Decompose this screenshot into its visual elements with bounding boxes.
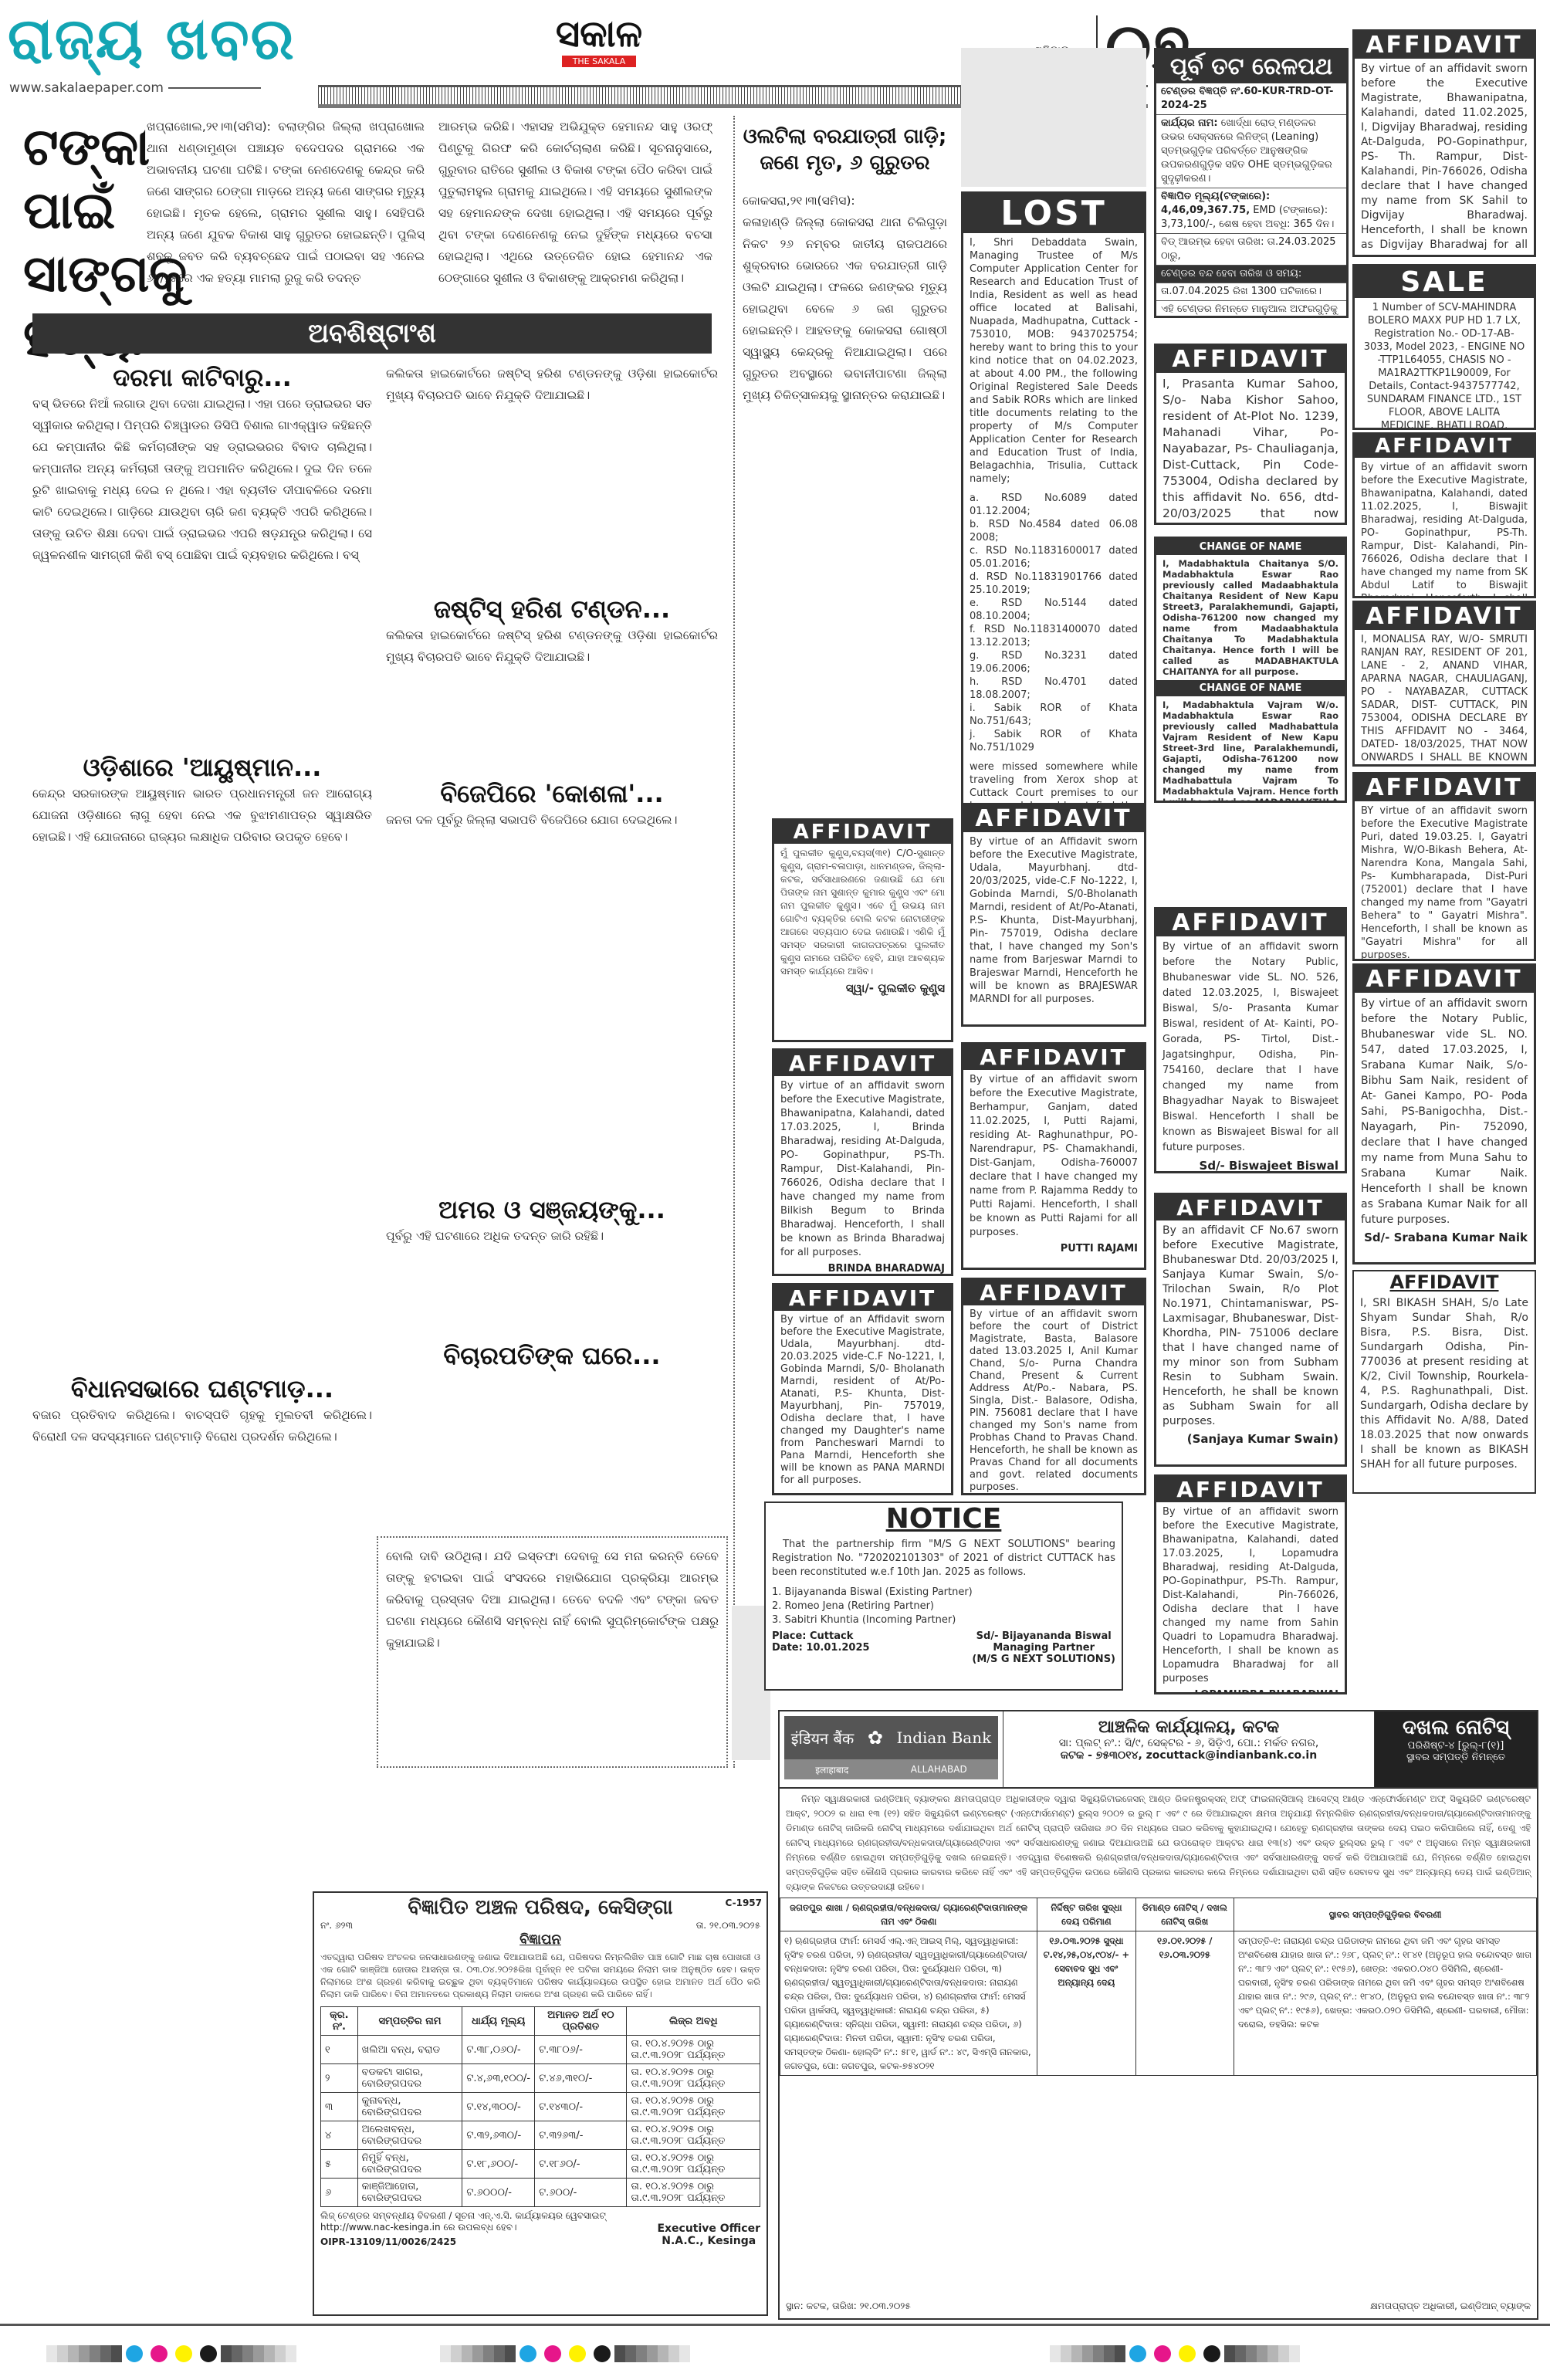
tender-close-label: ଟେଣ୍ଡର ବନ୍ଦ ହେବା ତାରିଖ ଓ ସମୟ: [1156, 266, 1346, 283]
grey-swatch [451, 2345, 462, 2362]
side-dateline: କୋକସରା,୨୧।୩(ସମିସ): [743, 190, 947, 212]
oipr-number: OIPR-13109/11/0026/2425 [320, 2236, 607, 2247]
section-title: ରାଜ୍ୟ ଖବର [8, 6, 296, 73]
cont-body: ଜନତା ଦଳ ପୂର୍ବରୁ ଜିଲ୍ଲା ସଭାପତି ବିଜେପିରେ ଯ… [386, 809, 718, 1195]
table-row: ୧) ଋଣଗ୍ରହୀତା ଫାର୍ମ: ମେସର୍ସ ଏଲ୍.ଏନ୍ ଆଇସ୍ … [780, 1931, 1537, 2076]
grey-swatch [1235, 2345, 1246, 2362]
affidavit-bikash: AFFIDAVIT I, SRI BIKASH SHAH, S/o Late S… [1352, 1270, 1536, 1494]
cont-body: ପୂର୍ବରୁ ଏହି ଘଟଣାରେ ଅଧିକ ତଦନ୍ତ ଜାରି ରହିଛି… [386, 1225, 718, 1341]
side-body: କଳାହାଣ୍ଡି ଜିଲ୍ଲା କୋକସରା ଥାନା ଚିଲିଗୁଡ଼ା ନ… [743, 212, 947, 406]
grey-swatch [679, 2345, 690, 2362]
affidavit-brajeswar: AFFIDAVIT By virtue of an Affidavit swor… [961, 803, 1146, 1027]
tender-close: ତା.07.04.2025 ରିଖ 1300 ଘଟିକାରେ। [1156, 283, 1346, 301]
grey-swatch [1104, 2345, 1115, 2362]
grey-swatch [111, 2345, 122, 2362]
grey-swatch [658, 2345, 668, 2362]
affidavit-srabana: AFFIDAVIT By virtue of an affidavit swor… [1352, 963, 1536, 1264]
grey-swatch [483, 2345, 494, 2362]
bank-logo-icon: ✿ [868, 1727, 883, 1749]
print-registration-marks [1050, 2343, 1300, 2365]
grey-swatch [232, 2345, 242, 2362]
possession-notice-title: ଦଖଲ ନୋଟିସ୍ [1375, 1716, 1537, 1740]
print-registration-marks [440, 2343, 690, 2365]
ink-dot [519, 2345, 536, 2362]
logo-tag: THE SAKALA [562, 56, 637, 67]
grey-placeholder [961, 48, 1146, 187]
affidavit-biswajit: AFFIDAVIT By virtue of an affidavit swor… [1352, 432, 1536, 598]
nac-footer-note: ଲିଜ୍ ଟେଣ୍ଡର ସମ୍ବନ୍ଧୀୟ ବିବରଣୀ / ସୂଚନା ଏନ୍… [320, 2210, 607, 2233]
ink-dot [151, 2345, 168, 2362]
column-divider [733, 116, 735, 1768]
cont-title: ବିଜେପିରେ 'କୋଶଳା'... [386, 779, 718, 809]
grey-swatch [472, 2345, 483, 2362]
ink-dot [175, 2345, 192, 2362]
grey-swatch [57, 2345, 68, 2362]
table-row: ୨ବଡକଟା ସାଗର, ବୋରିଙ୍ଗପଦରଟ.୪,୬୩,୧୦୦/-ଟ.୪୬,… [321, 2064, 760, 2093]
website-link[interactable]: www.sakalaepaper.com [9, 80, 261, 96]
grey-swatch [1082, 2345, 1093, 2362]
ink-dot [126, 2345, 143, 2362]
judge-story-body: ବୋଲି ଦାବି ଉଠିଥିଲା। ଯଦି ଇସ୍ତଫା ଦେବାକୁ ସେ … [386, 1545, 719, 1654]
grey-swatch [221, 2345, 232, 2362]
affidavit-pravas: AFFIDAVIT By virtue of an affidavit swor… [961, 1278, 1146, 1495]
continuations-col-left: ଦରମା କାଟିବାରୁ... ବସ୍ ଭିତରେ ନିଆଁ ଲଗାଉ ଥିବ… [32, 363, 372, 1737]
cont-title: ଦରମା କାଟିବାରୁ... [32, 363, 372, 393]
cont-body: କଲିକତା ହାଇକୋର୍ଟରେ ଜଷ୍ଟିସ୍ ହରିଶ ଟଣ୍ଡନଙ୍କୁ… [386, 625, 718, 779]
table-row: ୬କାଞ୍ଜିଆହୋତା, ବୋରିଙ୍ଗପଦରଟ.୬୦୦୦/-ଟ.୬୦୦/-ତ… [321, 2179, 760, 2207]
cont-body: କଲିକତା ହାଇକୋର୍ଟରେ ଜଷ୍ଟିସ୍ ହରିଶ ଟଣ୍ଡନଙ୍କୁ… [386, 363, 718, 594]
grey-swatch [1061, 2345, 1071, 2362]
grey-swatch [1071, 2345, 1082, 2362]
ink-dot [1129, 2345, 1146, 2362]
continuations-col-right: କଲିକତା ହାଇକୋର୍ଟରେ ଜଷ୍ଟିସ୍ ହରିଶ ଟଣ୍ଡନଙ୍କୁ… [386, 363, 718, 1737]
grey-swatch [1115, 2345, 1125, 2362]
railway-title: ପୂର୍ବ ତଟ ରେଳପଥ [1156, 50, 1346, 83]
grey-swatch [68, 2345, 79, 2362]
side-headline: ଓଲଟିଲା ବରଯାତ୍ରୀ ଗାଡ଼ି; ଜଣେ ମୃତ, ୬ ଗୁରୁତର [743, 124, 947, 176]
affidavit-monalisa: AFFIDAVIT I, MONALISA RAY, W/O- SMRUTI R… [1352, 601, 1536, 767]
tender-note: ଏହି ଟେଣ୍ଡର ନିମନ୍ତେ ମାନୁଆଲ ଅଫରଗୁଡ଼ିକୁ ଅନୁ… [1156, 301, 1346, 318]
odia-affidavit: AFFIDAVIT ମୁଁ ପୁଲକୀତ କୁଣ୍ଟ୍ସ,ବୟସ(୩୧) C/O… [772, 818, 953, 1042]
ink-dot [1203, 2345, 1220, 2362]
tender-value: ବିଜ୍ଞାପିତ ମୂଲ୍ୟ(ଟଙ୍କାରେ): 4,46,09,367.75… [1156, 188, 1346, 234]
cont-title: ଅମର ଓ ସଞ୍ଜୟଙ୍କୁ... [386, 1195, 718, 1225]
table-row: ୫ନିମୁହିଁ ବନ୍ଧ, ବୋରିଙ୍ଗପଦରଟ.୧୮,୬୦୦/-ଟ.୧୮୬… [321, 2150, 760, 2179]
tender-bid-open: ବିଡ୍ ଆରମ୍ଭ ହେବା ତାରିଖ: ତା.24.03.2025 ଠାର… [1156, 234, 1346, 266]
cont-body: ବସ୍ ଭିତରେ ନିଆଁ ଲଗାଉ ଥିବା ଦେଖା ଯାଇଥିଲା। ଏ… [32, 393, 372, 740]
grey-swatch [494, 2345, 505, 2362]
cont-body: ବଜାର ପ୍ରତିବାଦ କରିଥିଲେ। ବାଚସ୍ପତି ଗୃହକୁ ମୁ… [32, 1404, 372, 1447]
grey-swatch [253, 2345, 264, 2362]
ink-dot [1179, 2345, 1196, 2362]
table-row: ୪ଅଲେଖବନ୍ଧ, ବୋରିଙ୍ଗପଦରଟ.୩୨,୬୩୦/-ଟ.୩୨୬୩/-ତ… [321, 2121, 760, 2150]
affidavit-brinda: AFFIDAVIT By virtue of an affidavit swor… [772, 1048, 953, 1276]
grey-swatch [1050, 2345, 1061, 2362]
change-of-name-box: CHANGE OF NAME I, Madabhaktula Chaitanya… [1154, 537, 1347, 803]
table-header-row: କ୍ର. ନଂ. ସମ୍ପତ୍ତିର ନାମ ଧାର୍ଯ୍ୟ ମୂଲ୍ୟ ଅମା… [321, 2007, 760, 2036]
grey-swatch [1289, 2345, 1300, 2362]
ink-dot [544, 2345, 561, 2362]
nac-date: ତା. ୨୧.୦୩.୨୦୨୫ [696, 1920, 760, 1931]
bank-office: ଆଞ୍ଚଳିକ କାର୍ଯ୍ୟାଳୟ, କଟକ [1003, 1718, 1374, 1737]
ink-dot [200, 2345, 217, 2362]
bottom-rule [0, 2324, 1550, 2326]
tender-number: ଟେଣ୍ଡର ବିଜ୍ଞପ୍ତି ନଂ.60-KUR-TRD-OT-2024-2… [1156, 83, 1346, 115]
lost-body: I, Shri Debaddata Swain, Managing Truste… [963, 233, 1144, 489]
grey-swatch [647, 2345, 658, 2362]
grey-swatch [100, 2345, 111, 2362]
grey-swatch [1093, 2345, 1104, 2362]
grey-swatch [1224, 2345, 1235, 2362]
ink-dot [594, 2345, 611, 2362]
grey-swatch [1278, 2345, 1289, 2362]
partnership-notice: NOTICE That the partnership firm "M/S G … [764, 1501, 1123, 1691]
nac-ref: ନଂ. ୬୨୩ [320, 1920, 353, 1931]
nac-body: ଏତଦ୍ଦ୍ୱାରା ପରିଷଦ ଅଂଚଳର ଜନସାଧାରଣଙ୍କୁ ଜଣାଇ… [314, 1948, 767, 2003]
affidavit-putti: AFFIDAVIT By virtue of an affidavit swor… [961, 1042, 1146, 1270]
grey-swatch [275, 2345, 286, 2362]
notice-title: NOTICE [766, 1503, 1122, 1535]
ink-dot [1154, 2345, 1171, 2362]
partner-list: 1. Bijayananda Biswal (Existing Partner)… [766, 1583, 1122, 1630]
grey-swatch [462, 2345, 472, 2362]
grey-swatch [264, 2345, 275, 2362]
print-registration-marks [46, 2343, 296, 2365]
grey-swatch [668, 2345, 679, 2362]
bank-logo: इंडियन बैंक ✿ Indian Bank [784, 1716, 998, 1759]
grey-swatch [79, 2345, 90, 2362]
nac-title: ବିଜ୍ଞାପିତ ଅଞ୍ଚଳ ପରିଷଦ, କେସିଙ୍ଗା [408, 1896, 672, 1919]
lost-items: a. RSD No.6089 dated 01.12.2004; b. RSD … [963, 489, 1144, 757]
affidavit-gayatri: AFFIDAVIT BY virtue of an affidavit swor… [1352, 772, 1536, 961]
grey-swatch [46, 2345, 57, 2362]
grey-swatch [636, 2345, 647, 2362]
grey-swatch [1267, 2345, 1278, 2362]
grey-swatch [625, 2345, 636, 2362]
cont-body: କେନ୍ଦ୍ର ସରକାରଙ୍କ ଆୟୁଷ୍ମାନ ଭାରତ ପ୍ରଧାନମନ୍… [32, 783, 372, 1362]
bank-intro: ନିମ୍ନ ସ୍ୱାକ୍ଷରକାରୀ ଇଣ୍ଡିଆନ୍ ବ୍ୟାଙ୍କର କ୍ଷ… [780, 1789, 1537, 1898]
table-row: ୧ଖଲିଆ ବନ୍ଧ, ବରାଡଟ.୩୮,୦୬୦/-ଟ.୩୮୦୬/-ତା. ୧୦… [321, 2036, 760, 2064]
table-row: ୩କୁନାବନ୍ଧ, ବୋରିଙ୍ଗପଦରଟ.୧୪,୩୦୦/-ଟ.୧୪୩୦/-ତ… [321, 2093, 760, 2121]
affidavit-sanjaya: AFFIDAVIT By an affidavit CF No.67 sworn… [1154, 1193, 1347, 1467]
grey-swatch [242, 2345, 253, 2362]
cont-title: ଜଷ୍ଟିସ୍ ହରିଶ ଟଣ୍ଡନ... [386, 594, 718, 625]
grey-swatch [90, 2345, 100, 2362]
logo-text: ସକାଳ [522, 15, 676, 52]
grey-swatch [1246, 2345, 1257, 2362]
railway-tender-ad: ପୂର୍ବ ତଟ ରେଳପଥ ଟେଣ୍ଡର ବିଜ୍ଞପ୍ତି ନଂ.60-KU… [1154, 48, 1349, 318]
possession-table: ଜଗତପୁର ଶାଖା / ଋଣଗ୍ରହୀତା/ବନ୍ଧକଦାତା/ ଗ୍ୟାର… [780, 1898, 1537, 2076]
grey-swatch [286, 2345, 296, 2362]
affidavit-prasanta: AFFIDAVIT I, Prasanta Kumar Sahoo, S/o- … [1154, 344, 1347, 525]
grey-swatch [440, 2345, 451, 2362]
lease-table: କ୍ର. ନଂ. ସମ୍ପତ୍ତିର ନାମ ଧାର୍ଯ୍ୟ ମୂଲ୍ୟ ଅମା… [320, 2006, 760, 2207]
judge-story-box: ବୋଲି ଦାବି ଉଠିଥିଲା। ଯଦି ଇସ୍ତଫା ଦେବାକୁ ସେ … [377, 1536, 728, 1768]
nac-kesinga-notice: ବିଜ୍ଞାପିତ ଅଞ୍ଚଳ ପରିଷଦ, କେସିଙ୍ଗା C-1957 ନ… [313, 1891, 768, 2316]
ink-dot [569, 2345, 586, 2362]
nac-code: C-1957 [726, 1898, 762, 1908]
cont-title: ଓଡ଼ିଶାରେ 'ଆୟୁଷ୍ମାନ... [32, 753, 372, 783]
newspaper-logo: ସକାଳ THE SAKALA [522, 15, 676, 67]
tender-work: କାର୍ଯ୍ୟର ନାମ: ଖୋର୍ଦ୍ଧା ରୋଡ୍ ମଣ୍ଡଳର ଉଭର ସ… [1156, 115, 1346, 188]
affidavit-pana: AFFIDAVIT By virtue of an Affidavit swor… [772, 1283, 953, 1495]
grey-swatch [1257, 2345, 1267, 2362]
lost-title: LOST [963, 194, 1144, 233]
affidavit-biswajeet: AFFIDAVIT By virtue of an affidavit swor… [1154, 907, 1347, 1173]
lead-story-col1: ଖପ୍ରାଖୋଲ,୨୧।୩(ସମିସ): ବଲାଙ୍ଗିର ଜିଲ୍ଲା ଖପ୍… [147, 116, 425, 309]
affidavit-lopamudra: AFFIDAVIT By virtue of an affidavit swor… [1154, 1474, 1347, 1694]
indian-bank-possession-notice: इंडियन बैंक ✿ Indian Bank इलाहाबाद ALLAH… [778, 1710, 1538, 2320]
cont-title: ବିଚାରପତିଙ୍କ ଘରେ... [386, 1341, 718, 1371]
sale-ad: SALE 1 Number of SCV-MAHINDRA BOLERO MAX… [1352, 264, 1536, 430]
section-bar-remainder: ଅବଶିଷ୍ଟାଂଶ [32, 313, 712, 354]
cont-title: ବିଧାନସଭାରେ ଘଣ୍ଟମାଡ଼... [32, 1374, 372, 1404]
affidavit-digvijay: AFFIDAVIT By virtue of an affidavit swor… [1352, 29, 1536, 257]
nac-subtitle: ବିଜ୍ଞାପନ [314, 1931, 767, 1948]
grey-swatch [505, 2345, 516, 2362]
lead-story-col2: ଆରମ୍ଭ କରିଛି। ଏହାସହ ଅଭିଯୁକ୍ତ ହେମାନନ୍ଦ ସାହ… [438, 116, 712, 309]
grey-swatch [614, 2345, 625, 2362]
